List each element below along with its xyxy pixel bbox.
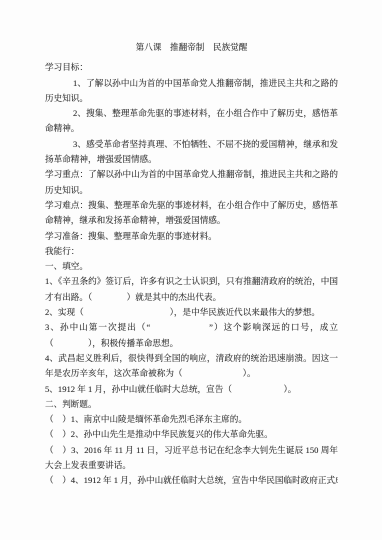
document-page: 第八课 推翻帝制 民族觉醒 学习目标：1、了解以孙中山为首的中国革命党人推翻帝制… [0, 0, 382, 540]
document-body: 学习目标：1、了解以孙中山为首的中国革命党人推翻帝制，推进民主共和之路的历史知识… [45, 60, 338, 488]
paragraph: （ ）4、1912 年 1 月，孙中山就任临时大总统，宣告中华民国临时政府正式成 [45, 473, 338, 488]
paragraph: 学习难点：搜集、整理革命先驱的事迹材料，在小组合作中了解历史，感悟革命精神，继承… [45, 198, 338, 229]
paragraph: （ ）1、南京中山陵是缅怀革命先烈毛泽东主席的。 [45, 412, 338, 427]
paragraph: 2、搜集、整理革命先驱的事迹材料，在小组合作中了解历史，感悟革命精神。 [45, 106, 338, 137]
paragraph: 2、实现（ ），是中华民族近代以来最伟大的梦想。 [45, 305, 338, 320]
paragraph: 1、了解以孙中山为首的中国革命党人推翻帝制，推进民主共和之路的历史知识。 [45, 76, 338, 107]
paragraph: 学习目标： [45, 60, 338, 75]
paragraph: 1、《辛丑条约》签订后，许多有识之士认识到，只有推翻清政府的统治，中国才有出路。… [45, 274, 338, 305]
paragraph: 5、1912 年 1 月，孙中山就任临时大总统，宣告（ ）。 [45, 382, 338, 397]
paragraph: （ ）2、孙中山先生是推动中华民族复兴的伟大革命先驱。 [45, 427, 338, 442]
paragraph: 学习重点：了解以孙中山为首的中国革命党人推翻帝制，推进民主共和之路的历史知识。 [45, 167, 338, 198]
paragraph: 二、判断题。 [45, 397, 338, 412]
paragraph: 学习准备：搜集、整理革命先驱的事迹材料。 [45, 229, 338, 244]
paragraph: 3、孙中山第一次提出（“ ”）这个影响深远的口号，成立（ ），积极传播革命思想。 [45, 320, 338, 351]
paragraph: （ ）3、2016 年 11 月 11 日，习近平总书记在纪念李大钊先生诞辰 1… [45, 443, 338, 474]
paragraph: 一、填空。 [45, 259, 338, 274]
paragraph: 3、感受革命者坚持真理、不怕牺牲、不屈不挠的爱国精神，继承和发扬革命精神，增强爱… [45, 137, 338, 168]
document-title: 第八课 推翻帝制 民族觉醒 [45, 40, 338, 55]
paragraph: 4、武昌起义胜利后，很快得到全国的响应，清政府的统治迅速崩溃。因这一年是农历辛亥… [45, 351, 338, 382]
paragraph: 我能行： [45, 244, 338, 259]
